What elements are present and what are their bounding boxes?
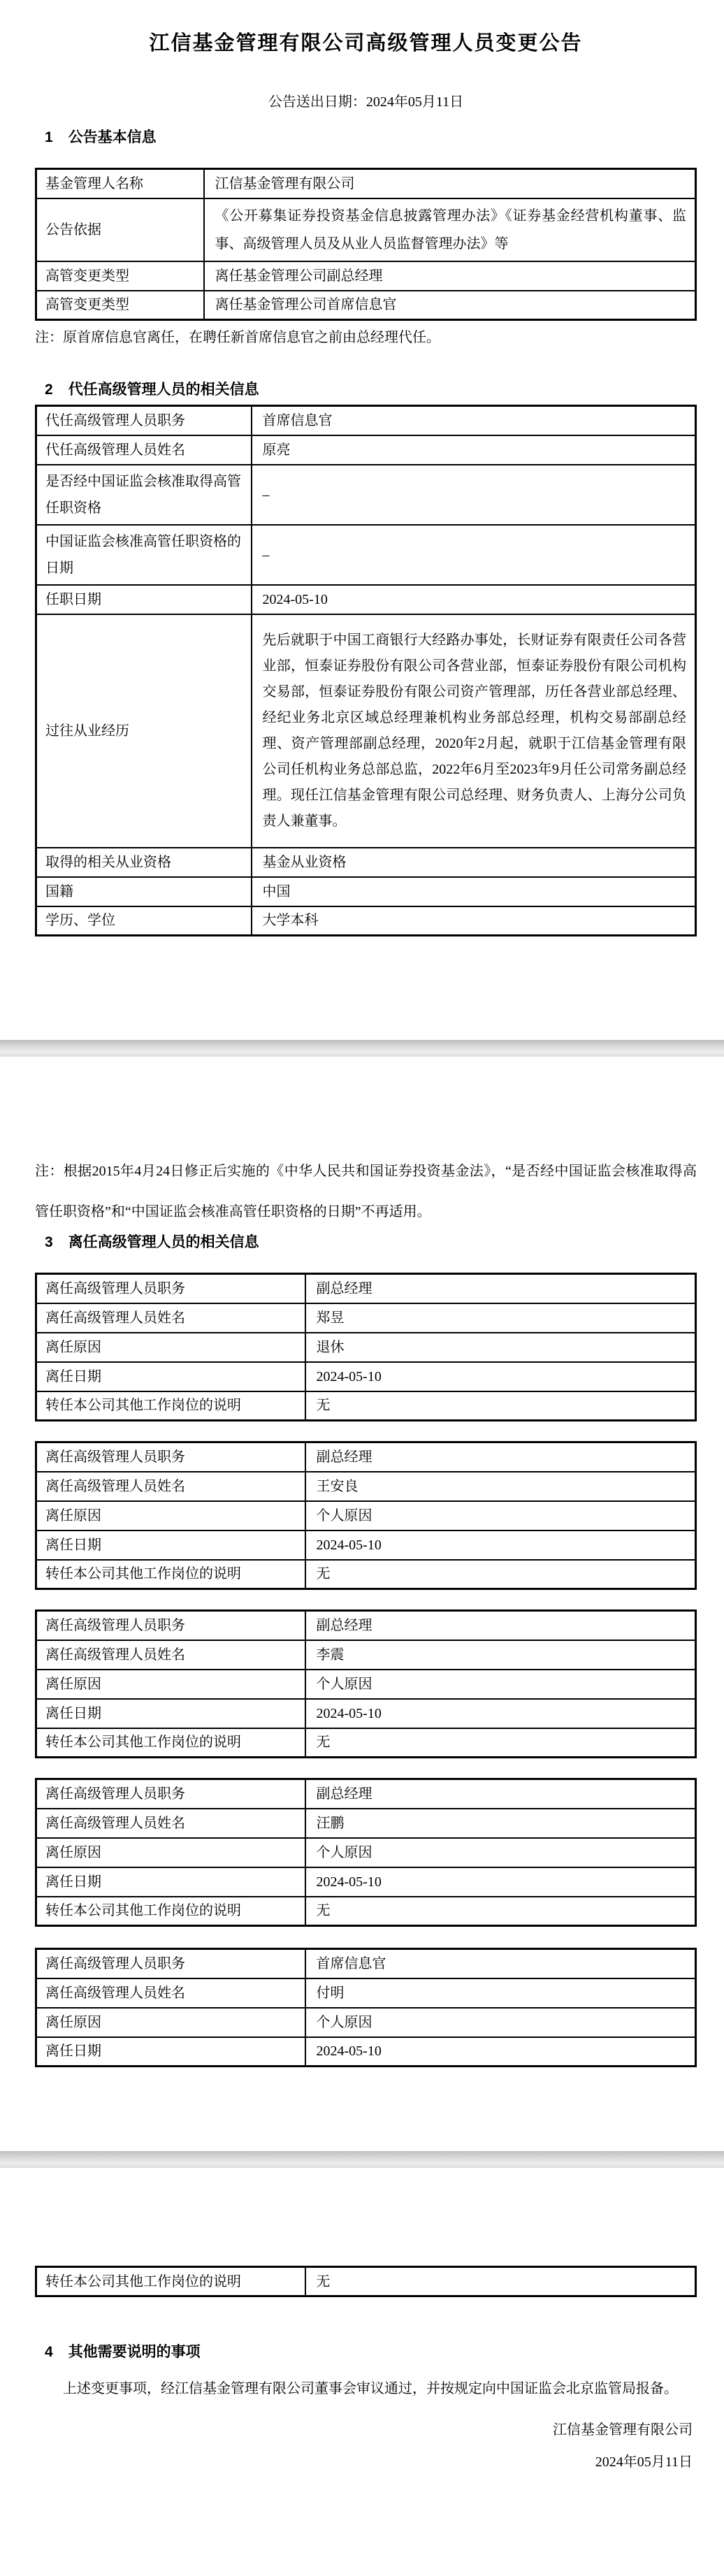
field-value: 《公开募集证券投资基金信息披露管理办法》《证券基金经营机构董事、监事、高级管理人… xyxy=(204,198,696,261)
field-label: 离任日期 xyxy=(36,1362,305,1391)
field-label: 离任高级管理人员姓名 xyxy=(36,1640,305,1670)
acting-manager-table: 代任高级管理人员职务 首席信息官 代任高级管理人员姓名 原亮 是否经中国证监会核… xyxy=(35,405,697,936)
table-row: 高管变更类型 离任基金管理公司首席信息官 xyxy=(36,291,696,320)
field-label: 高管变更类型 xyxy=(36,291,204,320)
table-row: 国籍 中国 xyxy=(36,877,696,906)
basic-info-table: 基金管理人名称 江信基金管理有限公司 公告依据 《公开募集证券投资基金信息披露管… xyxy=(35,168,697,321)
field-label: 过往从业经历 xyxy=(36,614,252,848)
table-row: 任职日期 2024-05-10 xyxy=(36,585,696,614)
section-title: 离任高级管理人员的相关信息 xyxy=(68,1234,259,1250)
table-row: 离任日期 2024-05-10 xyxy=(36,1867,696,1897)
table-row: 离任高级管理人员姓名 郑昱 xyxy=(36,1303,696,1333)
table-row: 转任本公司其他工作岗位的说明 无 xyxy=(36,1560,696,1589)
section-heading-other-matters: 4其他需要说明的事项 xyxy=(35,2343,697,2361)
field-label: 代任高级管理人员姓名 xyxy=(36,435,252,465)
field-value: 江信基金管理有限公司 xyxy=(204,169,696,198)
field-value: 副总经理 xyxy=(305,1779,696,1809)
field-label: 任职日期 xyxy=(36,585,252,614)
field-label: 转任本公司其他工作岗位的说明 xyxy=(36,1897,305,1926)
table-row: 取得的相关从业资格 基金从业资格 xyxy=(36,848,696,877)
field-value: 王安良 xyxy=(305,1472,696,1501)
field-value: 退休 xyxy=(305,1333,696,1362)
field-value: 副总经理 xyxy=(305,1611,696,1640)
field-value: 副总经理 xyxy=(305,1442,696,1472)
section-heading-basic-info: 1公告基本信息 xyxy=(35,129,697,147)
signature-block: 江信基金管理有限公司 2024年05月11日 xyxy=(35,2414,697,2478)
table-row: 中国证监会核准高管任职资格的日期 – xyxy=(36,525,696,585)
field-value: 个人原因 xyxy=(305,2008,696,2037)
field-label: 离任高级管理人员姓名 xyxy=(36,1472,305,1501)
table-row: 离任日期 2024-05-10 xyxy=(36,1362,696,1391)
field-label: 中国证监会核准高管任职资格的日期 xyxy=(36,525,252,585)
table-row: 是否经中国证监会核准取得高管任职资格 – xyxy=(36,465,696,525)
field-label: 离任原因 xyxy=(36,2008,305,2037)
departure-table-4: 离任高级管理人员职务 副总经理 离任高级管理人员姓名 汪鹏 离任原因 个人原因 … xyxy=(35,1778,697,1927)
field-value: 2024-05-10 xyxy=(305,1867,696,1897)
field-value: 个人原因 xyxy=(305,1838,696,1867)
table-row: 公告依据 《公开募集证券投资基金信息披露管理办法》《证券基金经营机构董事、监事、… xyxy=(36,198,696,261)
field-value: 首席信息官 xyxy=(305,1949,696,1978)
table-row: 离任高级管理人员职务 首席信息官 xyxy=(36,1949,696,1978)
field-label: 离任原因 xyxy=(36,1670,305,1699)
section-title: 其他需要说明的事项 xyxy=(68,2344,201,2360)
page-title: 江信基金管理有限公司高级管理人员变更公告 xyxy=(35,31,697,56)
field-label: 基金管理人名称 xyxy=(36,169,204,198)
table-row: 代任高级管理人员职务 首席信息官 xyxy=(36,406,696,435)
departure-table-5-continuation: 转任本公司其他工作岗位的说明 无 xyxy=(35,2266,697,2297)
section-number: 1 xyxy=(45,129,53,147)
table-row: 离任日期 2024-05-10 xyxy=(36,1699,696,1728)
field-label: 离任高级管理人员职务 xyxy=(36,1949,305,1978)
table-row: 离任高级管理人员职务 副总经理 xyxy=(36,1274,696,1303)
table-row: 离任高级管理人员姓名 汪鹏 xyxy=(36,1809,696,1838)
field-label: 取得的相关从业资格 xyxy=(36,848,252,877)
field-label: 离任原因 xyxy=(36,1501,305,1531)
page-break-divider xyxy=(0,1040,724,1057)
table-row: 学历、学位 大学本科 xyxy=(36,906,696,936)
section-title: 代任高级管理人员的相关信息 xyxy=(68,382,259,398)
table-row: 离任原因 个人原因 xyxy=(36,1670,696,1699)
table-row: 离任高级管理人员职务 副总经理 xyxy=(36,1442,696,1472)
field-value: 2024-05-10 xyxy=(252,585,696,614)
field-value: 无 xyxy=(305,2267,696,2296)
field-label: 离任高级管理人员职务 xyxy=(36,1442,305,1472)
field-value: 原亮 xyxy=(252,435,696,465)
field-label: 学历、学位 xyxy=(36,906,252,936)
field-value: – xyxy=(252,465,696,525)
field-label: 代任高级管理人员职务 xyxy=(36,406,252,435)
field-value: 2024-05-10 xyxy=(305,2037,696,2067)
field-value: 2024-05-10 xyxy=(305,1531,696,1560)
field-value: 2024-05-10 xyxy=(305,1362,696,1391)
field-label: 转任本公司其他工作岗位的说明 xyxy=(36,2267,305,2296)
field-value: – xyxy=(252,525,696,585)
field-value: 基金从业资格 xyxy=(252,848,696,877)
field-label: 转任本公司其他工作岗位的说明 xyxy=(36,1728,305,1758)
field-value: 无 xyxy=(305,1897,696,1926)
field-value: 大学本科 xyxy=(252,906,696,936)
table-row: 离任日期 2024-05-10 xyxy=(36,1531,696,1560)
table-row: 转任本公司其他工作岗位的说明 无 xyxy=(36,2267,696,2296)
field-value: 无 xyxy=(305,1728,696,1758)
closing-paragraph: 上述变更事项，经江信基金管理有限公司董事会审议通过，并按规定向中国证监会北京监管… xyxy=(35,2374,697,2404)
section-heading-acting-manager: 2代任高级管理人员的相关信息 xyxy=(35,381,697,399)
field-label: 高管变更类型 xyxy=(36,261,204,291)
signature-company: 江信基金管理有限公司 xyxy=(35,2414,693,2446)
table-row: 离任高级管理人员职务 副总经理 xyxy=(36,1779,696,1809)
table-row: 离任高级管理人员姓名 王安良 xyxy=(36,1472,696,1501)
field-label: 离任高级管理人员职务 xyxy=(36,1274,305,1303)
announcement-document: 江信基金管理有限公司高级管理人员变更公告 公告送出日期：2024年05月11日 … xyxy=(0,0,724,2576)
table-row: 高管变更类型 离任基金管理公司副总经理 xyxy=(36,261,696,291)
field-label: 转任本公司其他工作岗位的说明 xyxy=(36,1391,305,1421)
field-label: 离任高级管理人员姓名 xyxy=(36,1978,305,2008)
field-label: 离任原因 xyxy=(36,1333,305,1362)
section-title: 公告基本信息 xyxy=(68,129,157,145)
section-number: 2 xyxy=(45,381,53,399)
page-break-divider xyxy=(0,2151,724,2168)
table-row: 转任本公司其他工作岗位的说明 无 xyxy=(36,1897,696,1926)
field-label: 公告依据 xyxy=(36,198,204,261)
field-label: 转任本公司其他工作岗位的说明 xyxy=(36,1560,305,1589)
field-label: 离任高级管理人员职务 xyxy=(36,1779,305,1809)
field-value: 首席信息官 xyxy=(252,406,696,435)
departure-table-3: 离任高级管理人员职务 副总经理 离任高级管理人员姓名 李震 离任原因 个人原因 … xyxy=(35,1609,697,1758)
field-value: 个人原因 xyxy=(305,1670,696,1699)
table-row: 离任高级管理人员姓名 李震 xyxy=(36,1640,696,1670)
field-value: 离任基金管理公司首席信息官 xyxy=(204,291,696,320)
field-value: 郑昱 xyxy=(305,1303,696,1333)
field-value: 汪鹏 xyxy=(305,1809,696,1838)
table-row: 过往从业经历 先后就职于中国工商银行大经路办事处，长财证券有限责任公司各营业部，… xyxy=(36,614,696,848)
field-value: 无 xyxy=(305,1391,696,1421)
table-row: 离任原因 个人原因 xyxy=(36,2008,696,2037)
field-value: 2024-05-10 xyxy=(305,1699,696,1728)
signature-date: 2024年05月11日 xyxy=(35,2446,693,2478)
field-value: 付明 xyxy=(305,1978,696,2008)
field-label: 离任日期 xyxy=(36,2037,305,2067)
field-value: 个人原因 xyxy=(305,1501,696,1531)
field-value: 副总经理 xyxy=(305,1274,696,1303)
table-row: 离任原因 个人原因 xyxy=(36,1838,696,1867)
field-label: 国籍 xyxy=(36,877,252,906)
table-row: 离任原因 个人原因 xyxy=(36,1501,696,1531)
field-label: 离任日期 xyxy=(36,1531,305,1560)
field-label: 离任日期 xyxy=(36,1699,305,1728)
note-law: 注：根据2015年4月24日修正后实施的《中华人民共和国证券投资基金法》，“是否… xyxy=(35,1151,697,1232)
field-value: 无 xyxy=(305,1560,696,1589)
departure-table-1: 离任高级管理人员职务 副总经理 离任高级管理人员姓名 郑昱 离任原因 退休 离任… xyxy=(35,1273,697,1421)
field-value: 离任基金管理公司副总经理 xyxy=(204,261,696,291)
section-heading-departing-managers: 3离任高级管理人员的相关信息 xyxy=(35,1233,697,1252)
table-row: 代任高级管理人员姓名 原亮 xyxy=(36,435,696,465)
field-label: 离任日期 xyxy=(36,1867,305,1897)
table-row: 离任原因 退休 xyxy=(36,1333,696,1362)
table-row: 离任日期 2024-05-10 xyxy=(36,2037,696,2067)
field-value: 李震 xyxy=(305,1640,696,1670)
field-value: 中国 xyxy=(252,877,696,906)
note-basic: 注：原首席信息官离任，在聘任新首席信息官之前由总经理代任。 xyxy=(35,328,697,347)
field-label: 离任高级管理人员姓名 xyxy=(36,1303,305,1333)
table-row: 离任高级管理人员姓名 付明 xyxy=(36,1978,696,2008)
table-row: 转任本公司其他工作岗位的说明 无 xyxy=(36,1728,696,1758)
announcement-date-line: 公告送出日期：2024年05月11日 xyxy=(35,94,697,110)
field-label: 离任原因 xyxy=(36,1838,305,1867)
departure-table-5: 离任高级管理人员职务 首席信息官 离任高级管理人员姓名 付明 离任原因 个人原因… xyxy=(35,1948,697,2067)
field-label: 离任高级管理人员职务 xyxy=(36,1611,305,1640)
field-label: 是否经中国证监会核准取得高管任职资格 xyxy=(36,465,252,525)
section-number: 3 xyxy=(45,1233,53,1252)
section-number: 4 xyxy=(45,2343,53,2361)
table-row: 离任高级管理人员职务 副总经理 xyxy=(36,1611,696,1640)
departure-table-2: 离任高级管理人员职务 副总经理 离任高级管理人员姓名 王安良 离任原因 个人原因… xyxy=(35,1441,697,1590)
table-row: 基金管理人名称 江信基金管理有限公司 xyxy=(36,169,696,198)
table-row: 转任本公司其他工作岗位的说明 无 xyxy=(36,1391,696,1421)
field-label: 离任高级管理人员姓名 xyxy=(36,1809,305,1838)
field-value: 先后就职于中国工商银行大经路办事处，长财证券有限责任公司各营业部，恒泰证券股份有… xyxy=(252,614,696,848)
